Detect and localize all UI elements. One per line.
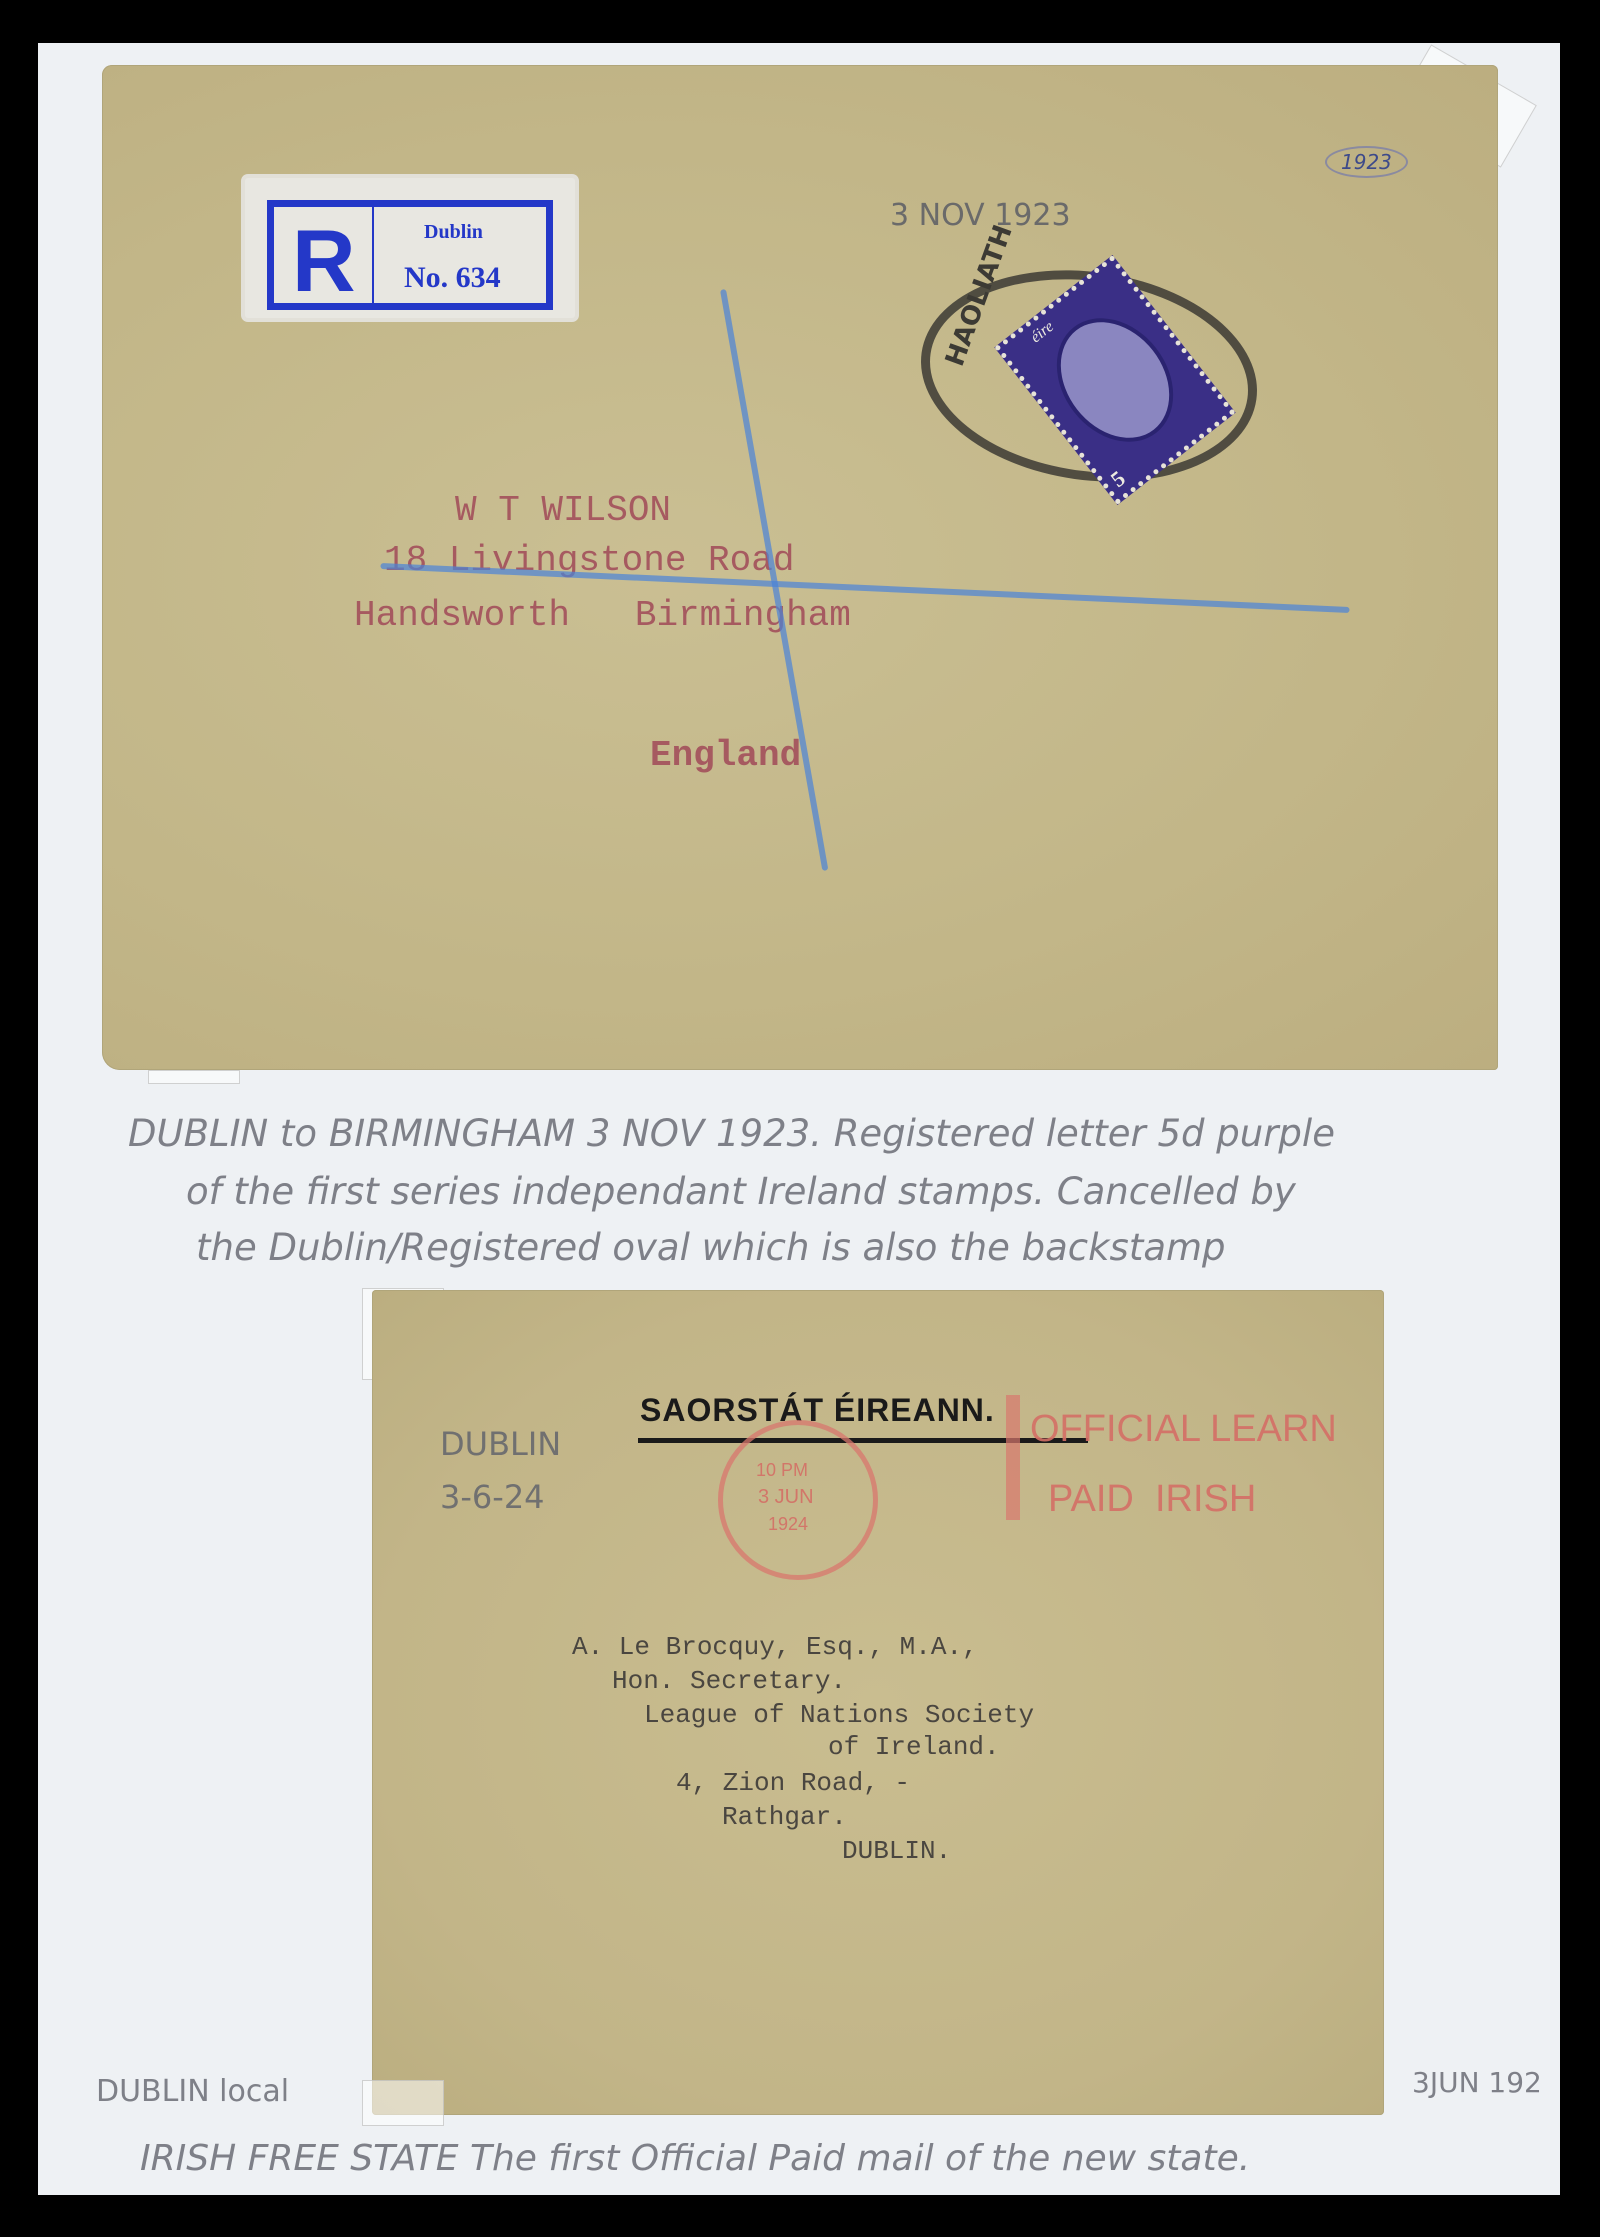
header-underline [638,1438,1088,1443]
meter-frame-bar [1006,1395,1020,1520]
address-line-2: Hon. Secretary. [612,1666,846,1696]
stamp-inscription: éire [1027,318,1057,347]
registration-office: Dublin [424,221,483,244]
caption-1-line-3: the Dublin/Registered oval which is also… [196,1226,1226,1269]
meter-line-2: PAID IRISH [1048,1478,1256,1521]
address-line-3: League of Nations Society [644,1700,1034,1730]
circled-year-note: 1923 [1325,146,1408,178]
registration-label: R Dublin No. 634 [245,178,575,318]
registration-number: No. 634 [404,261,501,295]
address-line-6: Rathgar. [722,1802,847,1832]
meter-postmark-year: 1924 [768,1514,808,1535]
address-line-4: of Ireland. [828,1732,1000,1762]
registration-r-letter: R [292,211,356,311]
pencil-place-note: DUBLIN [440,1425,561,1463]
photo-corner-mount [148,1070,240,1084]
meter-postmark-date: 3 JUN [758,1486,814,1509]
address-line-1: A. Le Brocquy, Esq., M.A., [572,1632,978,1662]
meter-line-1: OFFICIAL LEARN [1030,1408,1337,1451]
address-line-7: DUBLIN. [842,1836,951,1866]
caption-2-left-note: DUBLIN local [96,2074,289,2109]
addressee-name: W T WILSON [455,490,671,531]
address-line-5: 4, Zion Road, - [676,1768,910,1798]
photo-corner-mount [362,2080,444,2126]
caption-1-line-2: of the first series independant Ireland … [186,1170,1296,1213]
address-country: England [650,735,801,776]
stamp-value: 5 [1106,465,1131,492]
caption-2-right-note: 3JUN 192 [1412,2066,1542,2099]
pencil-date-note-2: 3-6-24 [440,1478,545,1516]
meter-postmark-time: 10 PM [756,1460,808,1481]
label-divider [372,207,374,303]
caption-2-line: IRISH FREE STATE The first Official Paid… [140,2138,1250,2179]
caption-1-line-1: DUBLIN to BIRMINGHAM 3 NOV 1923. Registe… [128,1112,1335,1155]
pencil-date-note: 3 NOV 1923 [890,198,1071,233]
